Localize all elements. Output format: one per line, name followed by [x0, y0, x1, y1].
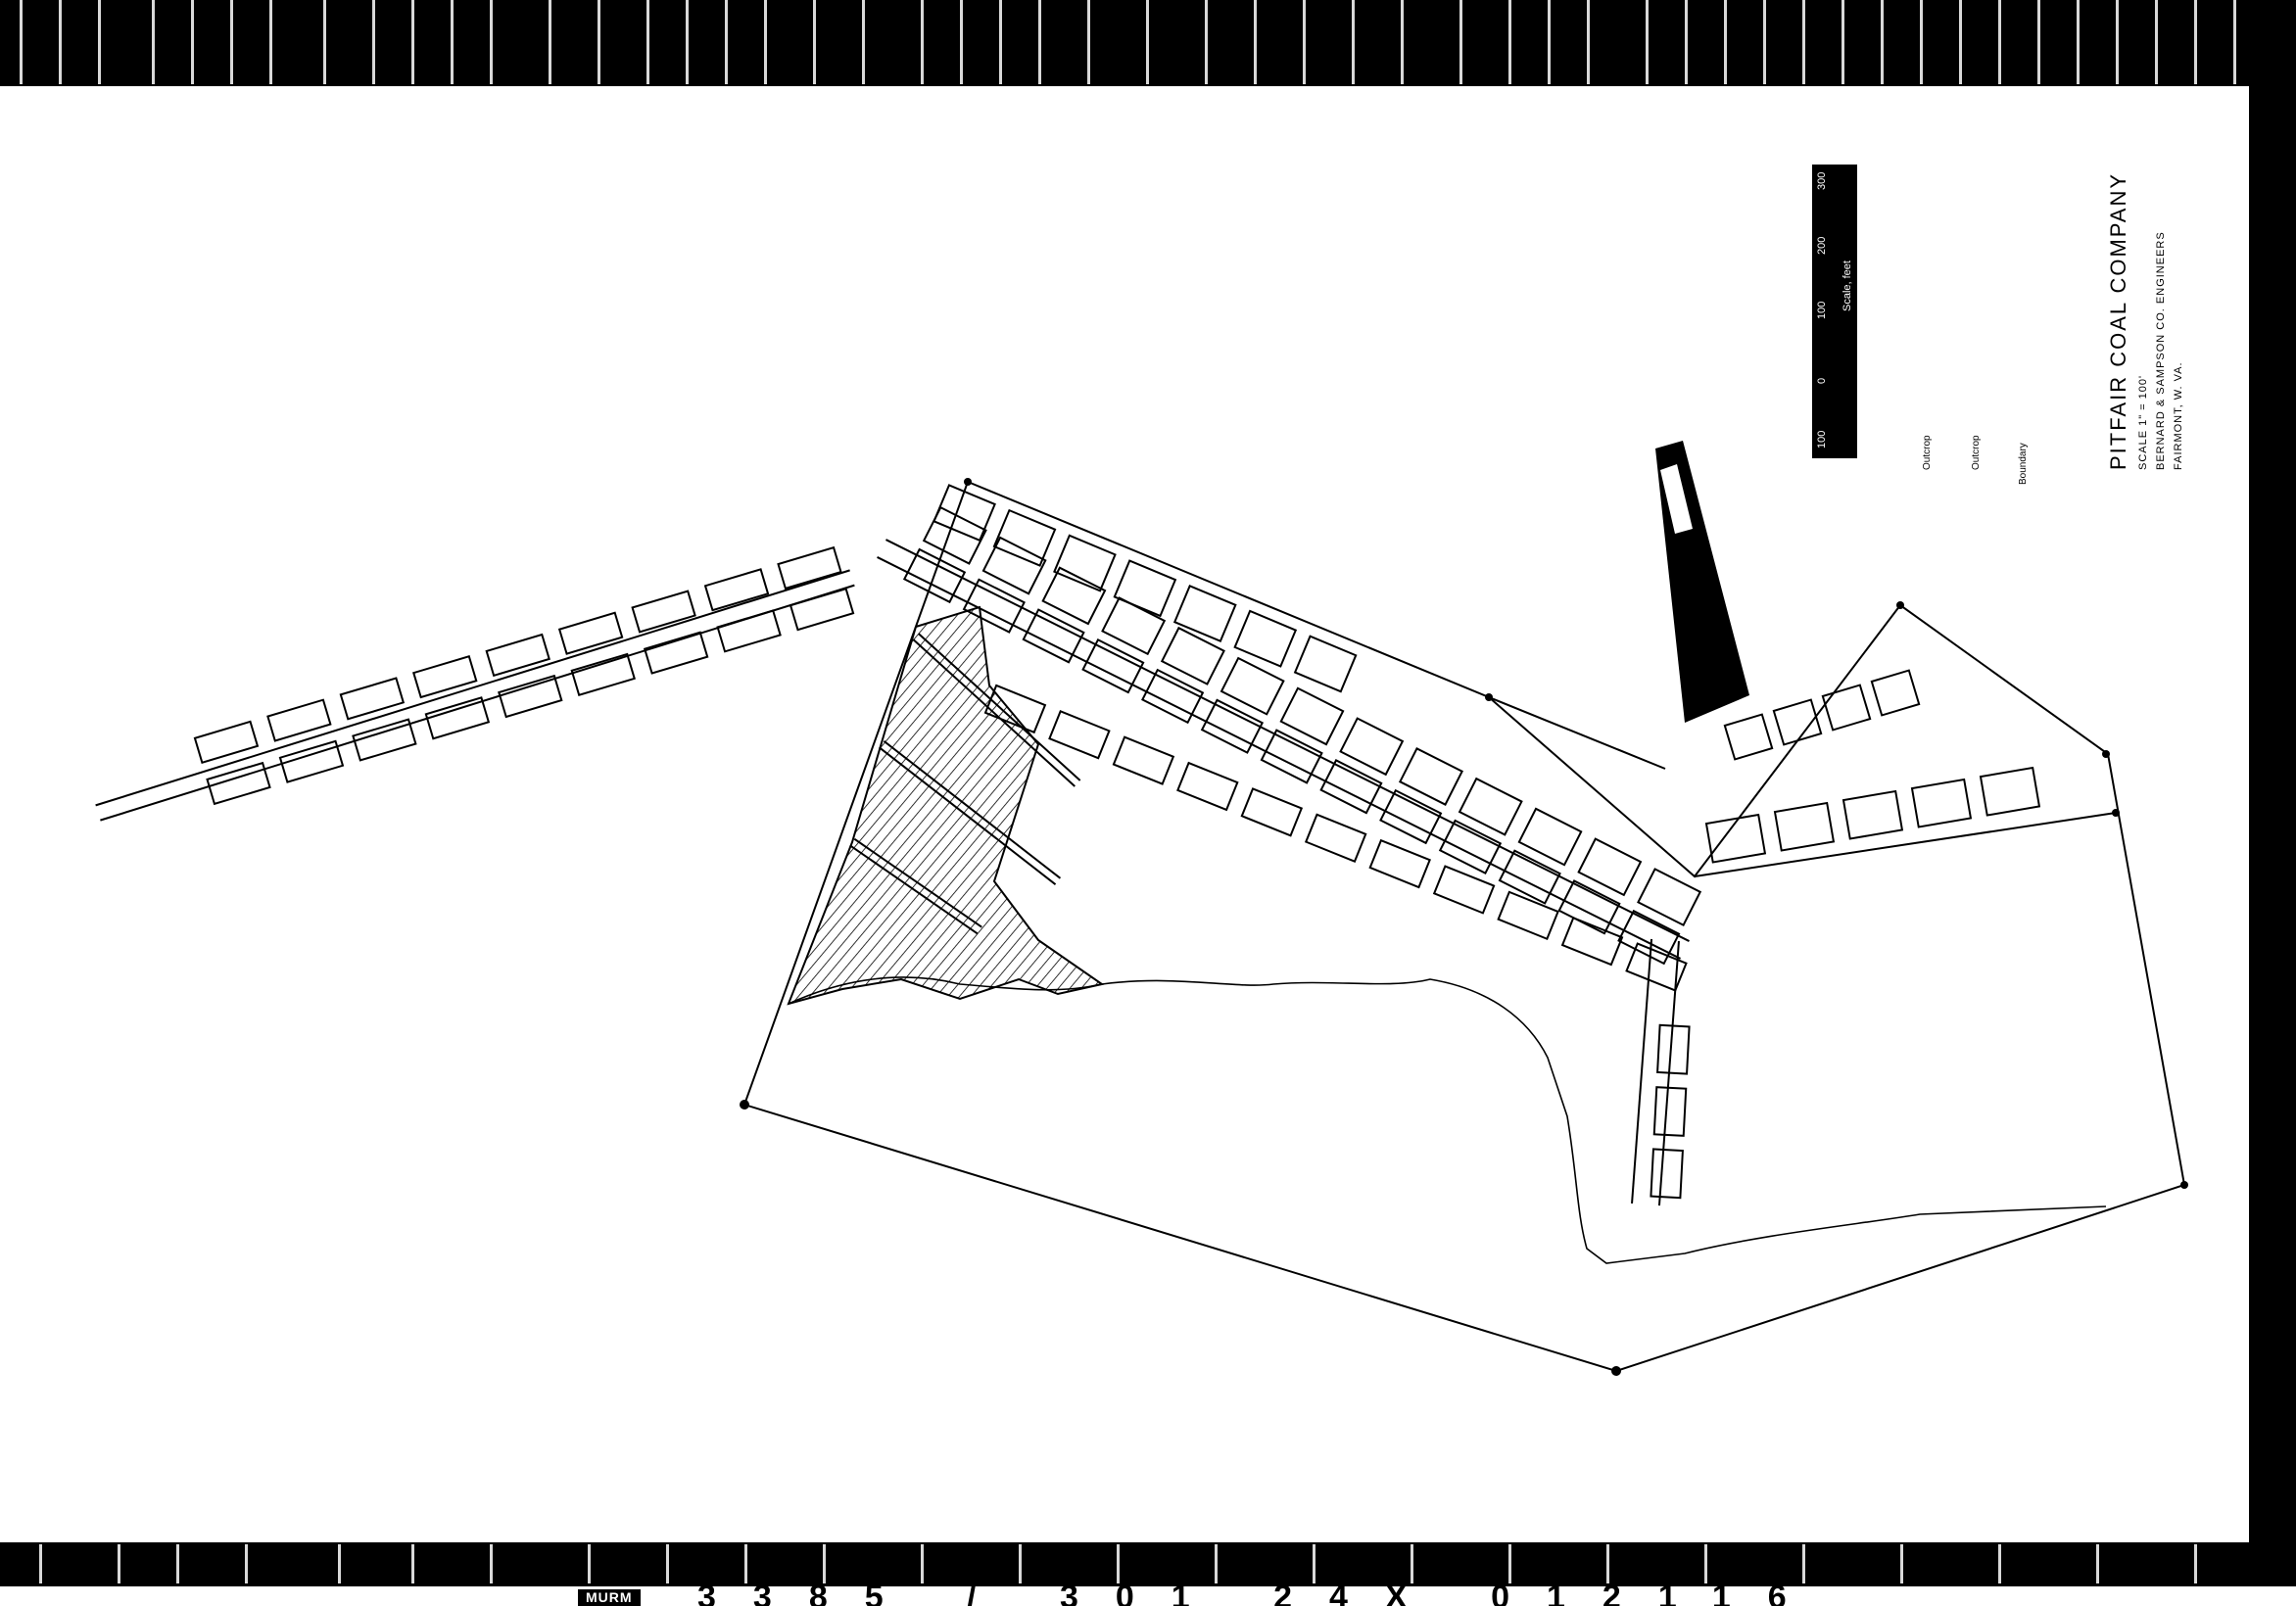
- scale-bar: 1000100200300Scale, feet: [1812, 165, 1857, 458]
- legend: Outcrop Outcrop Boundary: [1910, 245, 2028, 490]
- mine-map-drawing: [0, 0, 2296, 1606]
- engineer-location: FAIRMONT, W. VA.: [2173, 176, 2184, 470]
- map-scale-note: SCALE 1" = 100': [2137, 176, 2149, 470]
- map-title: PITFAIR COAL COMPANY: [2106, 176, 2131, 470]
- scale-tick-label: 100: [1816, 431, 1828, 449]
- mine-workings: [96, 485, 2039, 1205]
- title-block: PITFAIR COAL COMPANY SCALE 1" = 100' BER…: [2106, 176, 2243, 470]
- reel-number: 3385 / 301 24X 012116: [697, 1581, 1824, 1606]
- scale-tick-label: 100: [1816, 302, 1828, 319]
- map-sheet: 1000100200300Scale, feet Outcrop Outcrop…: [0, 0, 2296, 1606]
- engineer-name: BERNARD & SAMPSON CO. ENGINEERS: [2155, 176, 2167, 470]
- legend-item-boundary: Boundary: [2018, 443, 2029, 485]
- scale-tick-label: 0: [1816, 378, 1828, 384]
- reel-label: MURM: [578, 1589, 641, 1606]
- scale-tick-label: 300: [1816, 172, 1828, 190]
- legend-item-outcrop-1: Outcrop: [1922, 435, 1933, 470]
- legend-item-outcrop-2: Outcrop: [1971, 435, 1982, 470]
- scale-caption: Scale, feet: [1842, 260, 1853, 311]
- scale-tick-label: 200: [1816, 237, 1828, 255]
- outcrop-line: [789, 977, 2106, 1263]
- hatched-mined-area: [789, 607, 1102, 1004]
